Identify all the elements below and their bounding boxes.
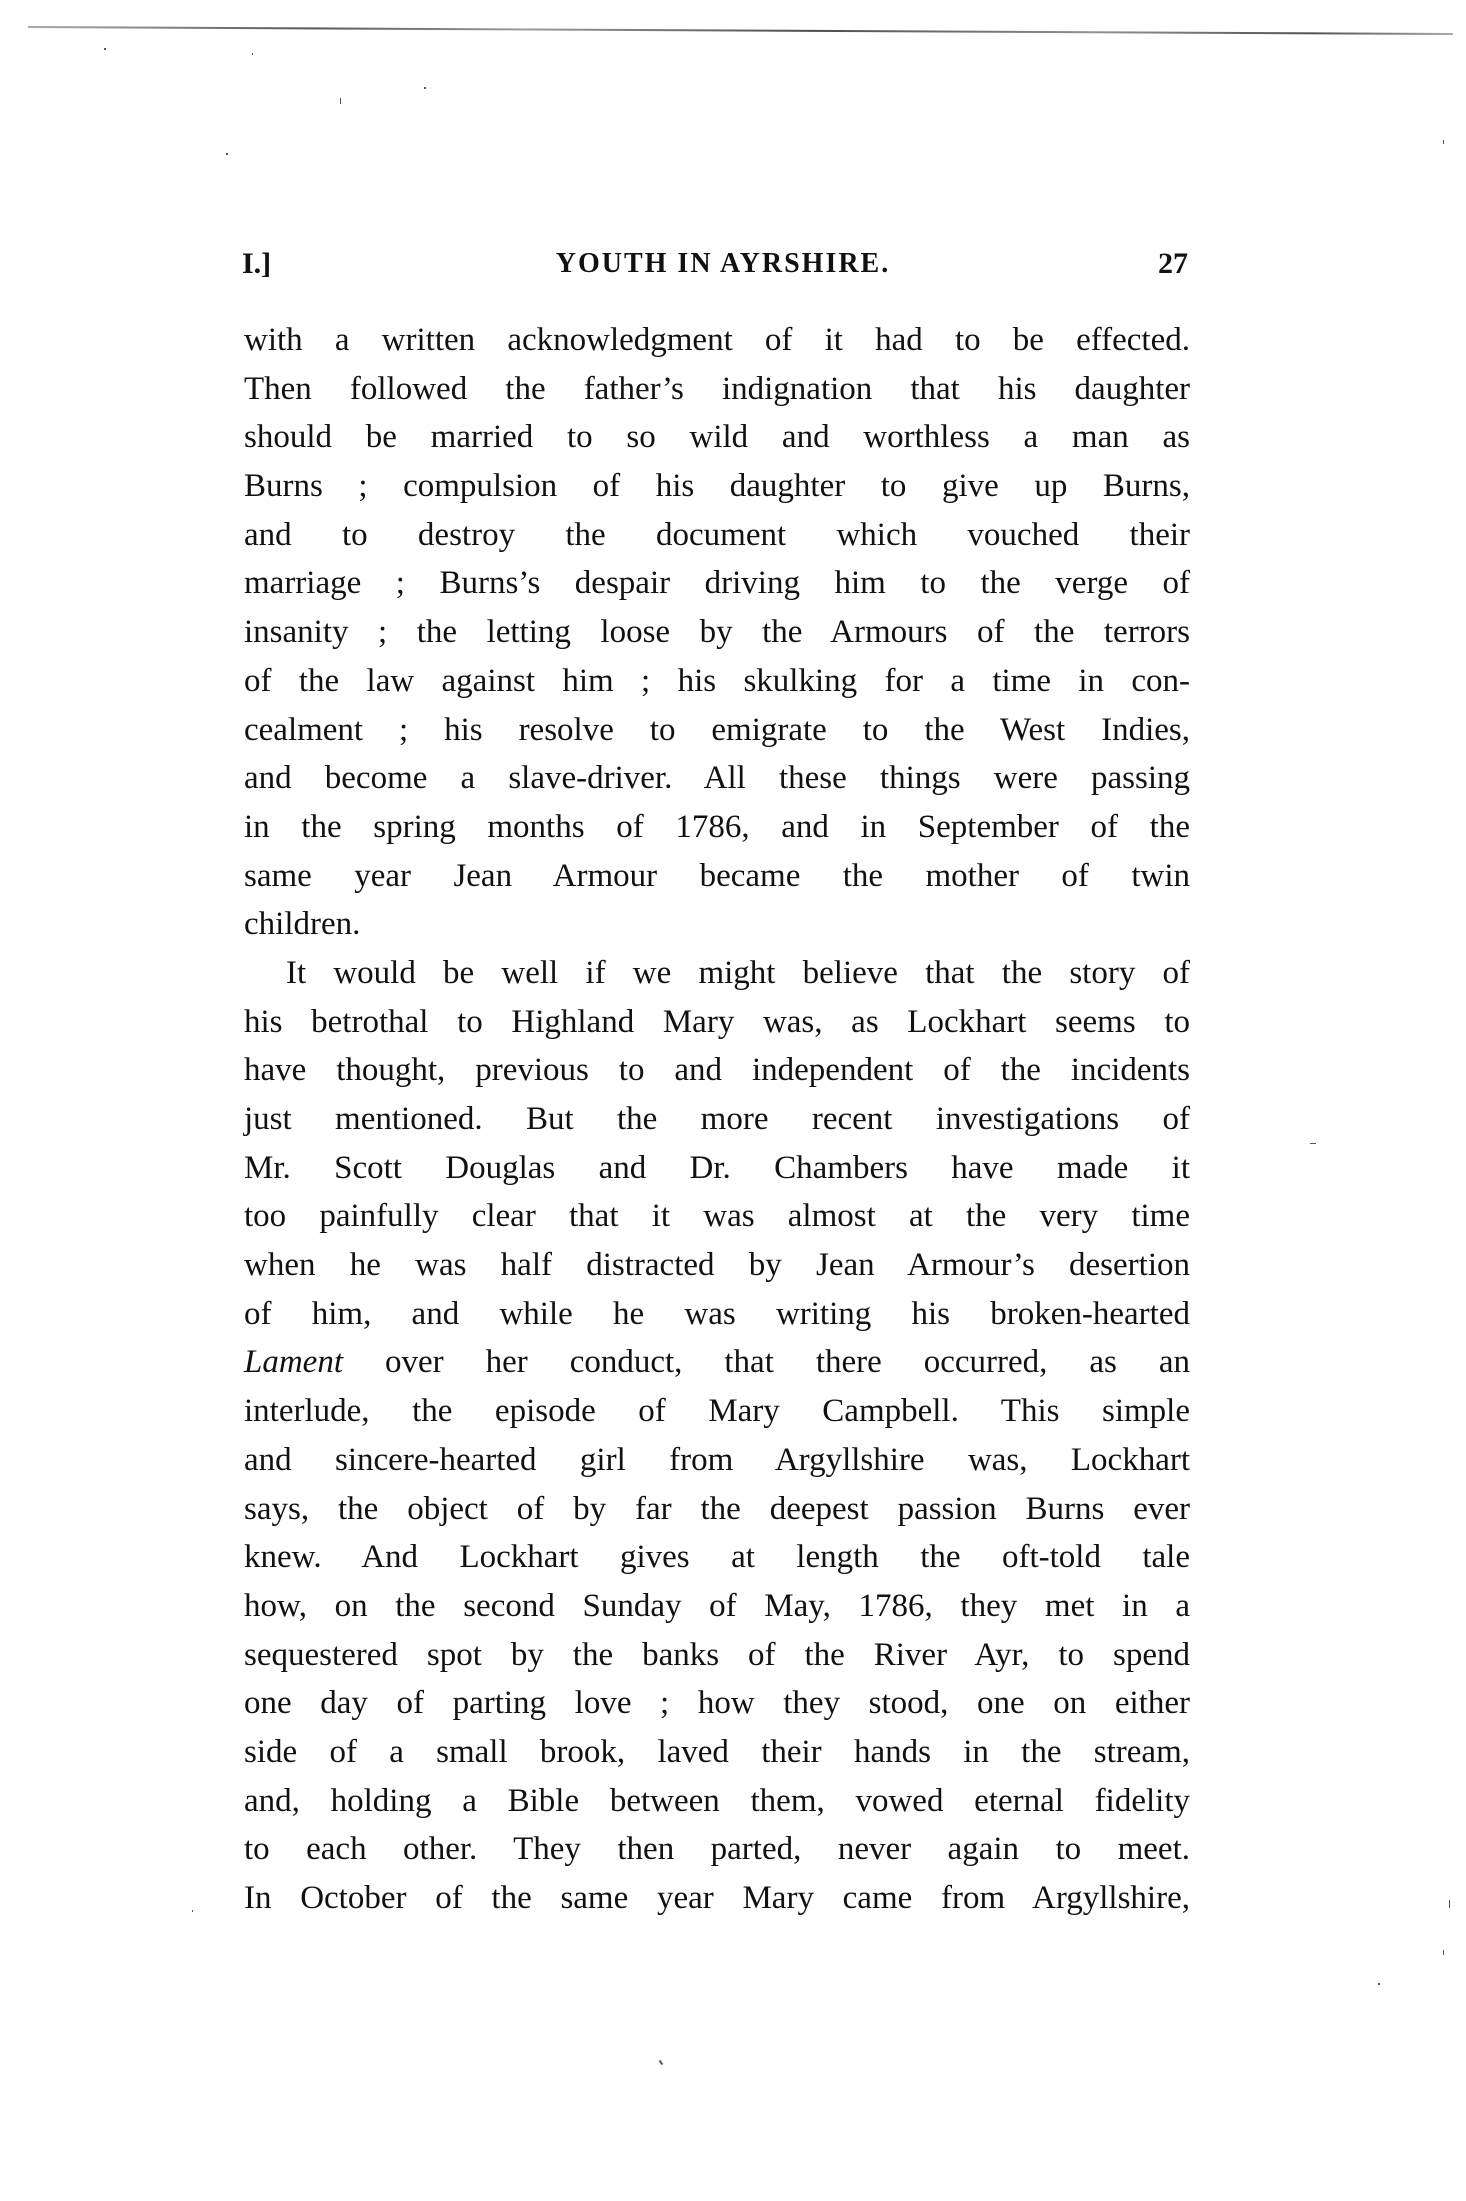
- page-number: 27: [1158, 246, 1188, 282]
- text-line: when he was half distracted by Jean Armo…: [244, 1241, 1190, 1290]
- italic-title-lament: Lament: [244, 1344, 343, 1380]
- text-line: and become a slave-driver. All these thi…: [244, 754, 1190, 803]
- running-head: I.] YOUTH IN AYRSHIRE. 27: [242, 246, 1190, 282]
- scan-speck: [192, 1910, 193, 1912]
- text-line-with-italic: Lament over her conduct, that there occu…: [244, 1338, 1190, 1387]
- text-line: Burns ; compulsion of his daughter to gi…: [244, 462, 1190, 511]
- paragraph-1: with a written acknowledgment of it had …: [244, 316, 1190, 949]
- text-line: same year Jean Armour became the mother …: [244, 852, 1190, 901]
- scan-speck: [659, 2060, 664, 2065]
- text-line-rest: over her conduct, that there occurred, a…: [385, 1344, 1190, 1380]
- text-line: In October of the same year Mary came fr…: [244, 1874, 1190, 1923]
- text-line: how, on the second Sunday of May, 1786, …: [244, 1582, 1190, 1631]
- scan-speck: [340, 98, 341, 104]
- scan-speck: [1378, 1983, 1380, 1985]
- text-line: Then followed the father’s indignation t…: [244, 365, 1190, 414]
- text-line: of him, and while he was writing his bro…: [244, 1290, 1190, 1339]
- text-line: have thought, previous to and independen…: [244, 1046, 1190, 1095]
- text-line: and, holding a Bible between them, vowed…: [244, 1777, 1190, 1826]
- text-line: and to destroy the document which vouche…: [244, 511, 1190, 560]
- scan-speck: [1443, 140, 1444, 144]
- text-line: and sincere-hearted girl from Argyllshir…: [244, 1436, 1190, 1485]
- scan-top-edge-line: [28, 26, 1453, 35]
- text-line: interlude, the episode of Mary Campbell.…: [244, 1387, 1190, 1436]
- scan-speck: [252, 53, 253, 55]
- text-line: Mr. Scott Douglas and Dr. Chambers have …: [244, 1144, 1190, 1193]
- text-line: cealment ; his resolve to emigrate to th…: [244, 706, 1190, 755]
- scan-speck: [1449, 1900, 1450, 1908]
- scan-speck: [424, 87, 426, 89]
- running-title: YOUTH IN AYRSHIRE.: [530, 246, 916, 282]
- scan-speck: [1310, 1143, 1316, 1144]
- text-line: just mentioned. But the more recent inve…: [244, 1095, 1190, 1144]
- text-line: his betrothal to Highland Mary was, as L…: [244, 998, 1190, 1047]
- text-line: should be married to so wild and worthle…: [244, 413, 1190, 462]
- text-line: insanity ; the letting loose by the Armo…: [244, 608, 1190, 657]
- text-line: side of a small brook, laved their hands…: [244, 1728, 1190, 1777]
- text-line: of the law against him ; his skulking fo…: [244, 657, 1190, 706]
- scan-speck: [1443, 1950, 1444, 1955]
- text-line: knew. And Lockhart gives at length the o…: [244, 1533, 1190, 1582]
- chapter-number: I.]: [242, 246, 271, 282]
- text-line: with a written acknowledgment of it had …: [244, 316, 1190, 365]
- paragraph-2: It would be well if we might believe tha…: [244, 949, 1190, 1923]
- text-line: marriage ; Burns’s despair driving him t…: [244, 559, 1190, 608]
- text-line: says, the object of by far the deepest p…: [244, 1485, 1190, 1534]
- body-text: with a written acknowledgment of it had …: [244, 316, 1190, 1923]
- text-line: in the spring months of 1786, and in Sep…: [244, 803, 1190, 852]
- text-line: too painfully clear that it was almost a…: [244, 1192, 1190, 1241]
- text-line: children.: [244, 900, 1190, 949]
- scan-speck: [226, 153, 228, 155]
- text-line: sequestered spot by the banks of the Riv…: [244, 1631, 1190, 1680]
- text-line: It would be well if we might believe tha…: [244, 949, 1190, 998]
- scan-speck: [104, 48, 106, 50]
- text-line: to each other. They then parted, never a…: [244, 1825, 1190, 1874]
- text-line: one day of parting love ; how they stood…: [244, 1679, 1190, 1728]
